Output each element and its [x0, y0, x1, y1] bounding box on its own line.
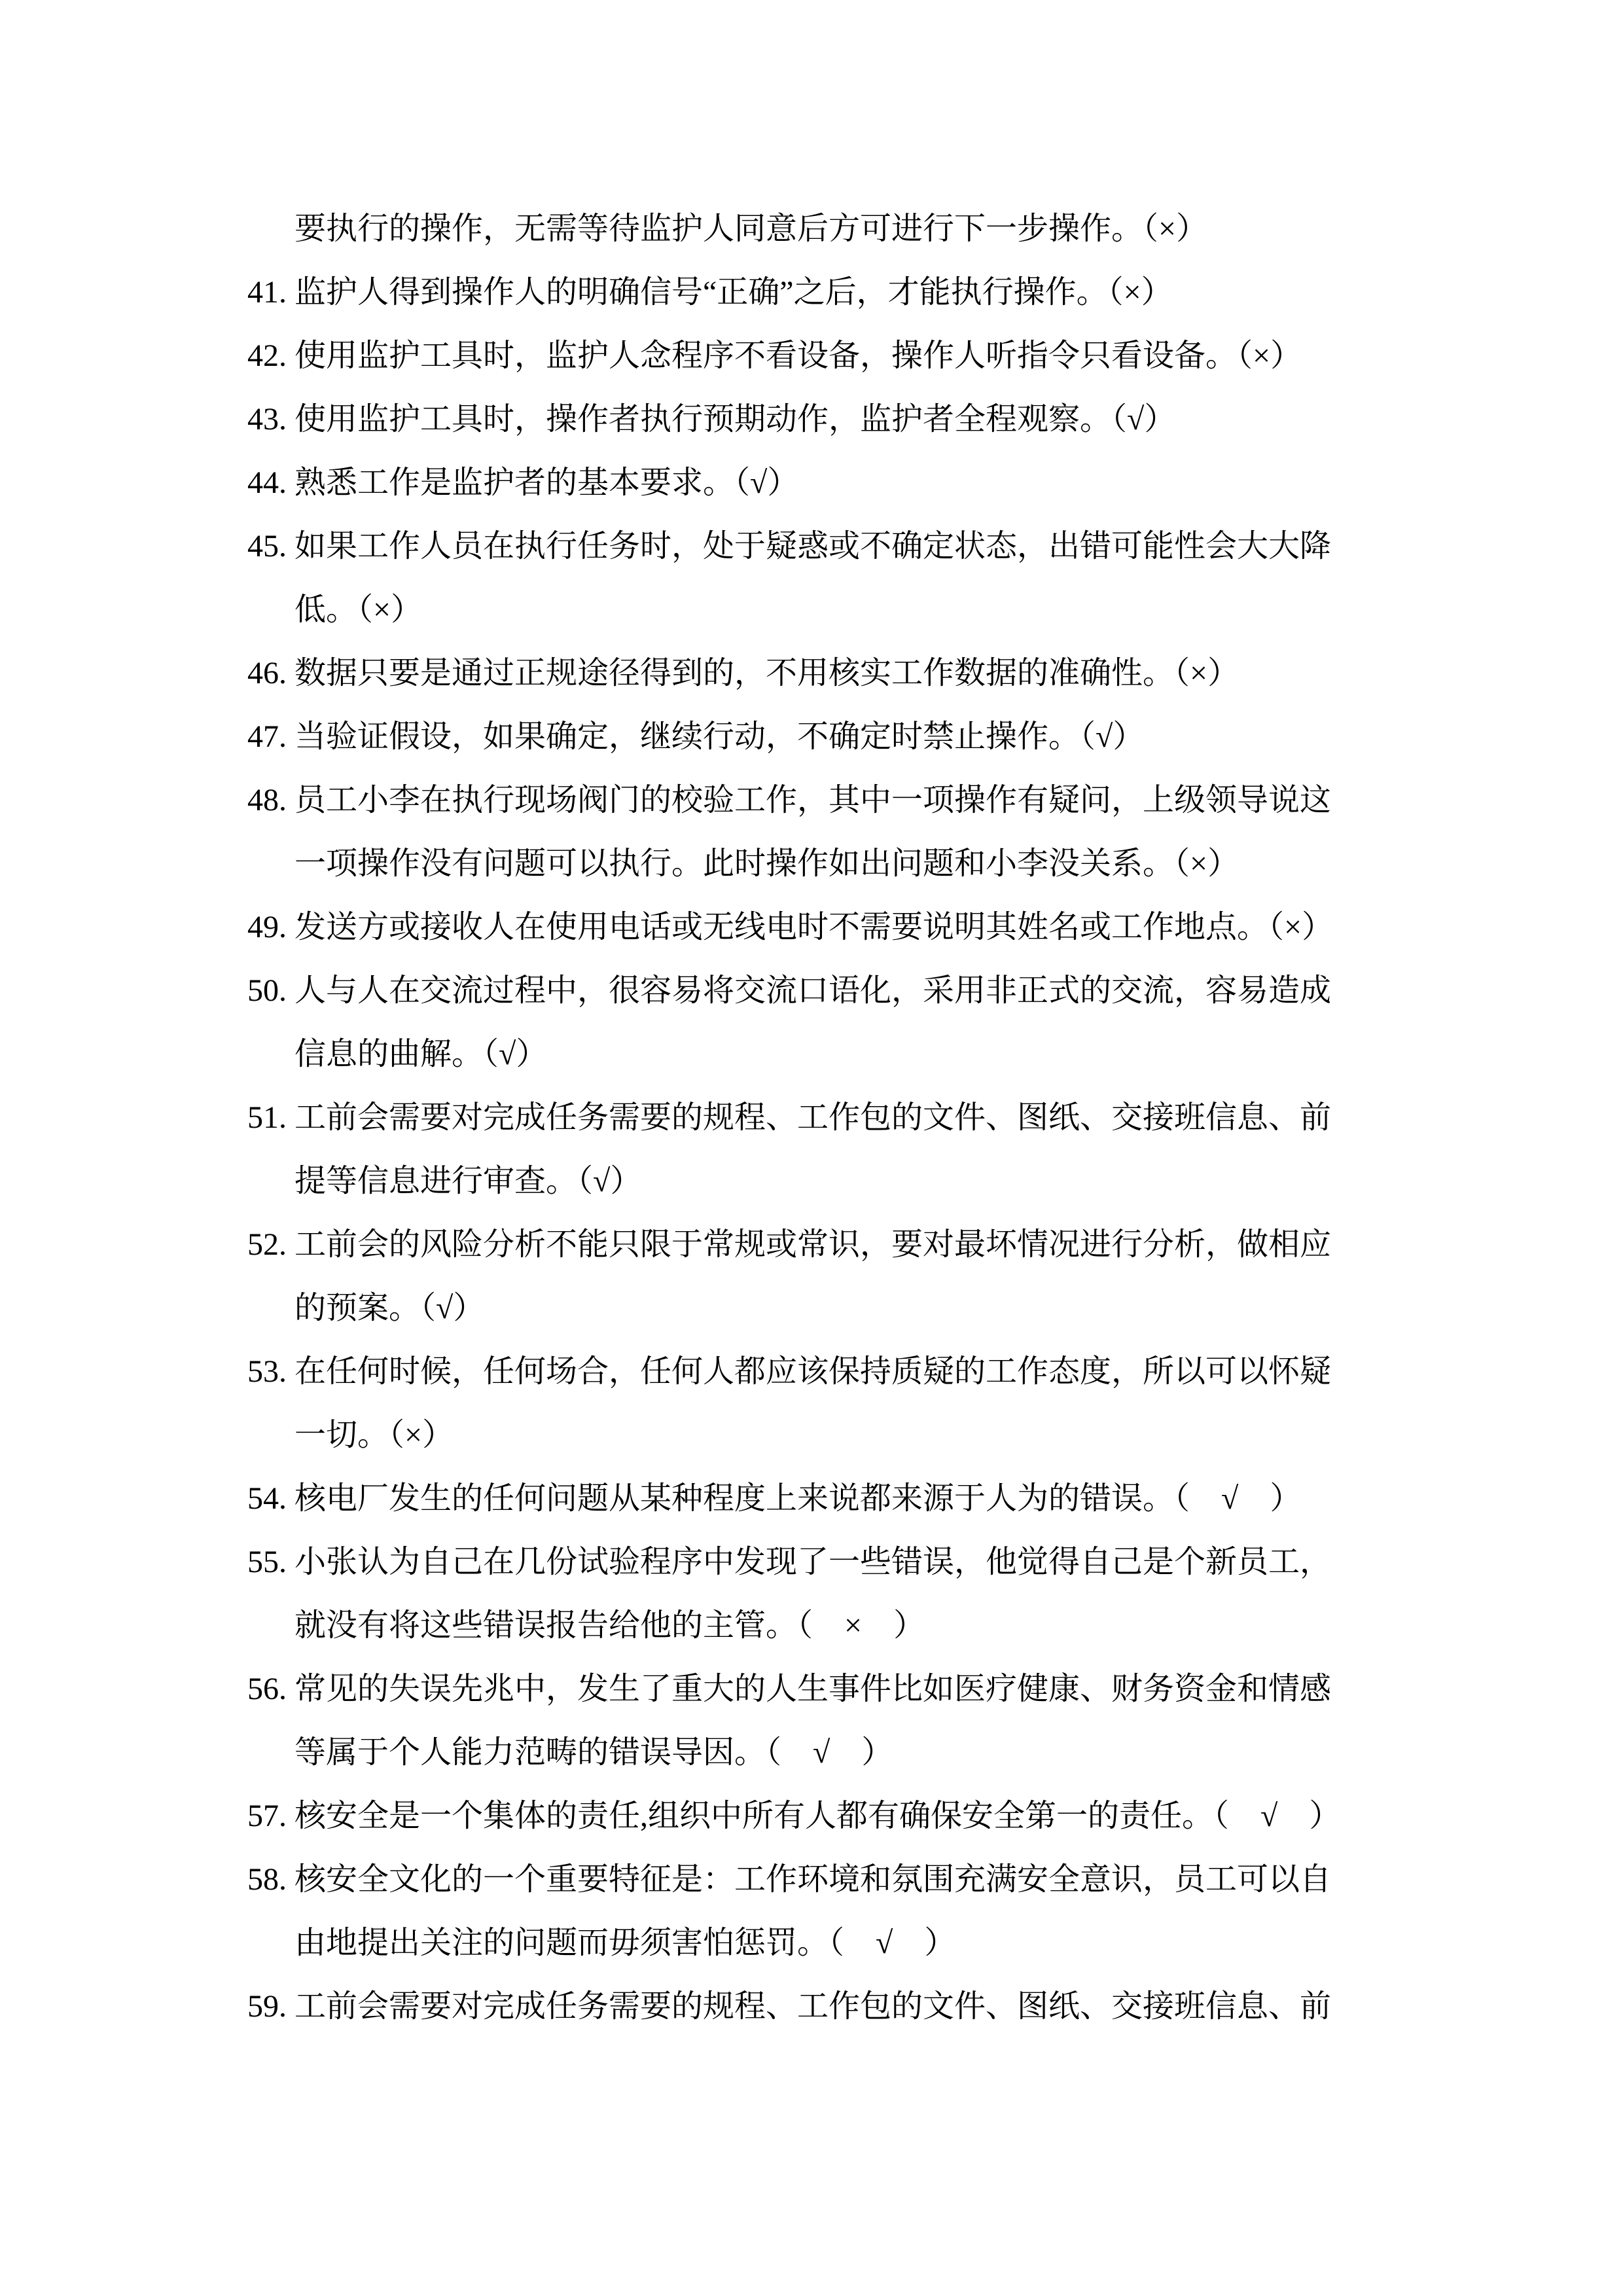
question-lines: 人与人在交流过程中，很容易将交流口语化，采用非正式的交流，容易造成信息的曲解。（… — [294, 959, 1623, 1086]
question-line: 使用监护工具时，操作者执行预期动作，监护者全程观察。（√） — [294, 387, 1623, 451]
question-lines: 当验证假设，如果确定，继续行动，不确定时禁止操作。（√） — [294, 705, 1623, 768]
question-number: 55. — [247, 1530, 287, 1594]
question-number: 49. — [247, 895, 287, 959]
question-number: 54. — [247, 1467, 287, 1530]
question-lines: 核安全是一个集体的责任,组织中所有人都有确保安全第一的责任。（ √ ） — [294, 1784, 1623, 1848]
question-line: 核安全是一个集体的责任,组织中所有人都有确保安全第一的责任。（ √ ） — [294, 1784, 1623, 1848]
question-lines: 数据只要是通过正规途径得到的，不用核实工作数据的准确性。（×） — [294, 641, 1623, 705]
question-number: 48. — [247, 768, 287, 832]
question-line: 发送方或接收人在使用电话或无线电时不需要说明其姓名或工作地点。（×） — [294, 895, 1623, 959]
question-item: 59.工前会需要对完成任务需要的规程、工作包的文件、图纸、交接班信息、前 — [0, 1975, 1623, 2038]
question-lines: 员工小李在执行现场阀门的校验工作，其中一项操作有疑问，上级领导说这一项操作没有问… — [294, 768, 1623, 895]
question-lines: 核电厂发生的任何问题从某种程度上来说都来源于人为的错误。（ √ ） — [294, 1467, 1623, 1530]
question-line: 一项操作没有问题可以执行。此时操作如出问题和小李没关系。（×） — [294, 832, 1623, 895]
question-number: 41. — [247, 260, 287, 324]
question-lines: 工前会需要对完成任务需要的规程、工作包的文件、图纸、交接班信息、前提等信息进行审… — [294, 1086, 1623, 1213]
question-number: 50. — [247, 959, 287, 1022]
question-number: 52. — [247, 1213, 287, 1276]
question-lines: 监护人得到操作人的明确信号“正确”之后，才能执行操作。（×） — [294, 260, 1623, 324]
question-lines: 在任何时候，任何场合，任何人都应该保持质疑的工作态度，所以可以怀疑一切。（×） — [294, 1340, 1623, 1467]
question-lines: 工前会需要对完成任务需要的规程、工作包的文件、图纸、交接班信息、前 — [294, 1975, 1623, 2038]
question-line: 等属于个人能力范畴的错误导因。（ √ ） — [294, 1721, 1623, 1784]
question-number: 58. — [247, 1848, 287, 1911]
question-item: 51.工前会需要对完成任务需要的规程、工作包的文件、图纸、交接班信息、前提等信息… — [0, 1086, 1623, 1213]
question-line: 小张认为自己在几份试验程序中发现了一些错误，他觉得自己是个新员工， — [294, 1530, 1623, 1594]
question-item: 55.小张认为自己在几份试验程序中发现了一些错误，他觉得自己是个新员工，就没有将… — [0, 1530, 1623, 1657]
question-lines: 发送方或接收人在使用电话或无线电时不需要说明其姓名或工作地点。（×） — [294, 895, 1623, 959]
question-item: 44.熟悉工作是监护者的基本要求。（√） — [0, 451, 1623, 514]
question-line: 使用监护工具时，监护人念程序不看设备，操作人听指令只看设备。（×） — [294, 324, 1623, 387]
question-number: 53. — [247, 1340, 287, 1403]
question-lines: 工前会的风险分析不能只限于常规或常识，要对最坏情况进行分析，做相应的预案。（√） — [294, 1213, 1623, 1340]
question-item: 43.使用监护工具时，操作者执行预期动作，监护者全程观察。（√） — [0, 387, 1623, 451]
question-lines: 要执行的操作，无需等待监护人同意后方可进行下一步操作。（×） — [294, 197, 1623, 260]
question-item: 52.工前会的风险分析不能只限于常规或常识，要对最坏情况进行分析，做相应的预案。… — [0, 1213, 1623, 1340]
question-item: 要执行的操作，无需等待监护人同意后方可进行下一步操作。（×） — [0, 197, 1623, 260]
question-line: 员工小李在执行现场阀门的校验工作，其中一项操作有疑问，上级领导说这 — [294, 768, 1623, 832]
question-item: 58.核安全文化的一个重要特征是：工作环境和氛围充满安全意识，员工可以自由地提出… — [0, 1848, 1623, 1975]
question-line: 数据只要是通过正规途径得到的，不用核实工作数据的准确性。（×） — [294, 641, 1623, 705]
question-lines: 熟悉工作是监护者的基本要求。（√） — [294, 451, 1623, 514]
question-number: 57. — [247, 1784, 287, 1848]
question-line: 就没有将这些错误报告给他的主管。（ × ） — [294, 1594, 1623, 1657]
question-line: 工前会的风险分析不能只限于常规或常识，要对最坏情况进行分析，做相应 — [294, 1213, 1623, 1276]
question-item: 57.核安全是一个集体的责任,组织中所有人都有确保安全第一的责任。（ √ ） — [0, 1784, 1623, 1848]
question-line: 信息的曲解。（√） — [294, 1022, 1623, 1086]
question-item: 42.使用监护工具时，监护人念程序不看设备，操作人听指令只看设备。（×） — [0, 324, 1623, 387]
question-lines: 使用监护工具时，操作者执行预期动作，监护者全程观察。（√） — [294, 387, 1623, 451]
question-item: 49.发送方或接收人在使用电话或无线电时不需要说明其姓名或工作地点。（×） — [0, 895, 1623, 959]
question-number: 43. — [247, 387, 287, 451]
question-item: 54.核电厂发生的任何问题从某种程度上来说都来源于人为的错误。（ √ ） — [0, 1467, 1623, 1530]
question-line: 的预案。（√） — [294, 1276, 1623, 1340]
question-item: 47.当验证假设，如果确定，继续行动，不确定时禁止操作。（√） — [0, 705, 1623, 768]
question-lines: 常见的失误先兆中，发生了重大的人生事件比如医疗健康、财务资金和情感等属于个人能力… — [294, 1657, 1623, 1784]
document-page: 要执行的操作，无需等待监护人同意后方可进行下一步操作。（×）41.监护人得到操作… — [0, 0, 1623, 2296]
question-number: 47. — [247, 705, 287, 768]
question-number: 56. — [247, 1657, 287, 1721]
question-number: 46. — [247, 641, 287, 705]
question-line: 在任何时候，任何场合，任何人都应该保持质疑的工作态度，所以可以怀疑 — [294, 1340, 1623, 1403]
question-line: 监护人得到操作人的明确信号“正确”之后，才能执行操作。（×） — [294, 260, 1623, 324]
question-item: 50.人与人在交流过程中，很容易将交流口语化，采用非正式的交流，容易造成信息的曲… — [0, 959, 1623, 1086]
question-line: 熟悉工作是监护者的基本要求。（√） — [294, 451, 1623, 514]
question-line: 核电厂发生的任何问题从某种程度上来说都来源于人为的错误。（ √ ） — [294, 1467, 1623, 1530]
question-item: 53.在任何时候，任何场合，任何人都应该保持质疑的工作态度，所以可以怀疑一切。（… — [0, 1340, 1623, 1467]
question-number: 42. — [247, 324, 287, 387]
question-line: 人与人在交流过程中，很容易将交流口语化，采用非正式的交流，容易造成 — [294, 959, 1623, 1022]
question-lines: 使用监护工具时，监护人念程序不看设备，操作人听指令只看设备。（×） — [294, 324, 1623, 387]
question-lines: 如果工作人员在执行任务时，处于疑惑或不确定状态，出错可能性会大大降低。（×） — [294, 514, 1623, 641]
question-line: 核安全文化的一个重要特征是：工作环境和氛围充满安全意识，员工可以自 — [294, 1848, 1623, 1911]
question-number: 51. — [247, 1086, 287, 1149]
question-line: 由地提出关注的问题而毋须害怕惩罚。（ √ ） — [294, 1911, 1623, 1975]
question-line: 提等信息进行审查。（√） — [294, 1149, 1623, 1213]
question-line: 低。（×） — [294, 578, 1623, 641]
question-lines: 小张认为自己在几份试验程序中发现了一些错误，他觉得自己是个新员工，就没有将这些错… — [294, 1530, 1623, 1657]
question-line: 常见的失误先兆中，发生了重大的人生事件比如医疗健康、财务资金和情感 — [294, 1657, 1623, 1721]
question-item: 56.常见的失误先兆中，发生了重大的人生事件比如医疗健康、财务资金和情感等属于个… — [0, 1657, 1623, 1784]
question-line: 当验证假设，如果确定，继续行动，不确定时禁止操作。（√） — [294, 705, 1623, 768]
question-number: 59. — [247, 1975, 287, 2038]
question-item: 41.监护人得到操作人的明确信号“正确”之后，才能执行操作。（×） — [0, 260, 1623, 324]
question-line: 如果工作人员在执行任务时，处于疑惑或不确定状态，出错可能性会大大降 — [294, 514, 1623, 578]
question-number: 44. — [247, 451, 287, 514]
question-list: 要执行的操作，无需等待监护人同意后方可进行下一步操作。（×）41.监护人得到操作… — [0, 197, 1623, 2038]
question-item: 48.员工小李在执行现场阀门的校验工作，其中一项操作有疑问，上级领导说这一项操作… — [0, 768, 1623, 895]
question-line: 工前会需要对完成任务需要的规程、工作包的文件、图纸、交接班信息、前 — [294, 1975, 1623, 2038]
question-line: 工前会需要对完成任务需要的规程、工作包的文件、图纸、交接班信息、前 — [294, 1086, 1623, 1149]
question-lines: 核安全文化的一个重要特征是：工作环境和氛围充满安全意识，员工可以自由地提出关注的… — [294, 1848, 1623, 1975]
question-item: 45.如果工作人员在执行任务时，处于疑惑或不确定状态，出错可能性会大大降低。（×… — [0, 514, 1623, 641]
question-line: 一切。（×） — [294, 1403, 1623, 1467]
question-item: 46.数据只要是通过正规途径得到的，不用核实工作数据的准确性。（×） — [0, 641, 1623, 705]
question-number: 45. — [247, 514, 287, 578]
question-line: 要执行的操作，无需等待监护人同意后方可进行下一步操作。（×） — [294, 197, 1623, 260]
